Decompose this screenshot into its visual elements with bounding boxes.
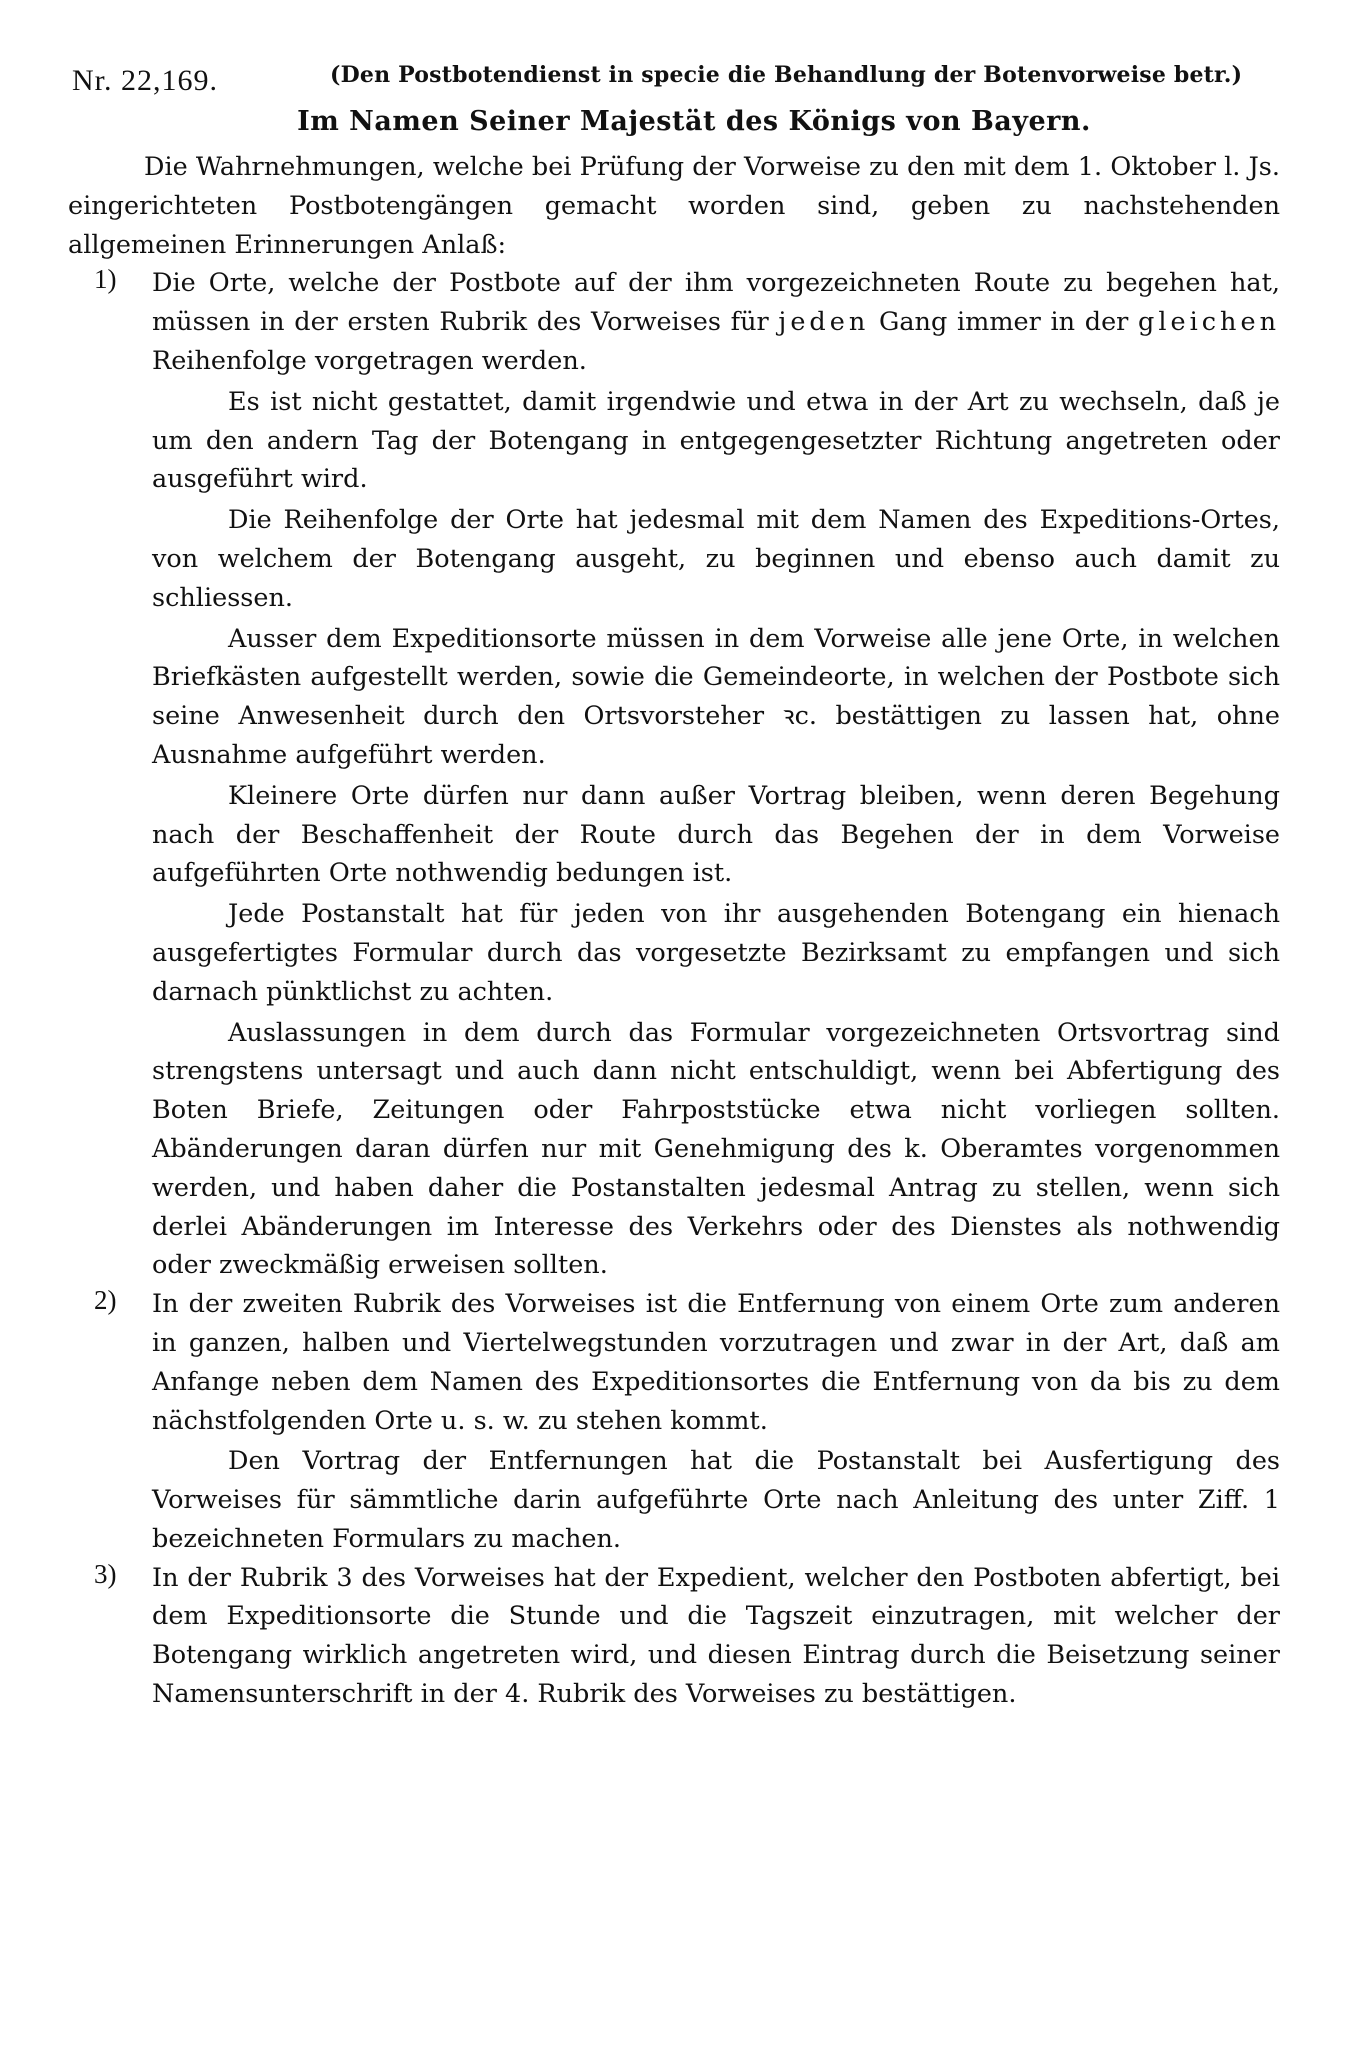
item-paragraph: Den Vortrag der Entfernungen hat die Pos… — [152, 1442, 1280, 1558]
item-first-paragraph: In der zweiten Rubrik des Vorweises ist … — [152, 1285, 1280, 1440]
item-number: 2) — [94, 1285, 117, 1316]
list-item-2: 2) In der zweiten Rubrik des Vorweises i… — [68, 1285, 1280, 1559]
document-page: Nr. 22,169. (Den Postbotendienst in spec… — [68, 52, 1280, 1714]
royal-heading: Im Namen Seiner Majestät des Königs von … — [68, 106, 1280, 137]
item-paragraph: Kleinere Orte dürfen nur dann außer Vort… — [152, 777, 1280, 893]
list-item-3: 3) In der Rubrik 3 des Vorweises hat der… — [68, 1559, 1280, 1714]
intro-paragraph: Die Wahrnehmungen, welche bei Prüfung de… — [68, 148, 1280, 264]
document-header: Nr. 22,169. (Den Postbotendienst in spec… — [68, 52, 1280, 148]
item-number: 3) — [94, 1559, 117, 1590]
text-run: Gang immer in der — [869, 307, 1138, 337]
document-subject: (Den Postbotendienst in specie die Behan… — [330, 62, 1242, 88]
item-first-paragraph: Die Orte, welche der Postbote auf der ih… — [152, 264, 1280, 380]
emphasized-word: jeden — [778, 307, 869, 337]
item-paragraph: Es ist nicht gestattet, damit irgendwie … — [152, 383, 1280, 499]
item-number: 1) — [94, 264, 117, 295]
text-run: Reihenfolge vorgetragen werden. — [152, 346, 587, 376]
document-number: Nr. 22,169. — [72, 64, 218, 98]
item-paragraph: Jede Postanstalt hat für jeden von ihr a… — [152, 895, 1280, 1011]
item-paragraph: Die Reihenfolge der Orte hat jedesmal mi… — [152, 501, 1280, 617]
item-paragraph: Ausser dem Expeditionsorte müssen in dem… — [152, 620, 1280, 775]
list-item-1: 1) Die Orte, welche der Postbote auf der… — [68, 264, 1280, 1285]
item-first-paragraph: In der Rubrik 3 des Vorweises hat der Ex… — [152, 1559, 1280, 1714]
emphasized-word: gleichen — [1138, 307, 1280, 337]
item-paragraph: Auslassungen in dem durch das Formular v… — [152, 1014, 1280, 1286]
